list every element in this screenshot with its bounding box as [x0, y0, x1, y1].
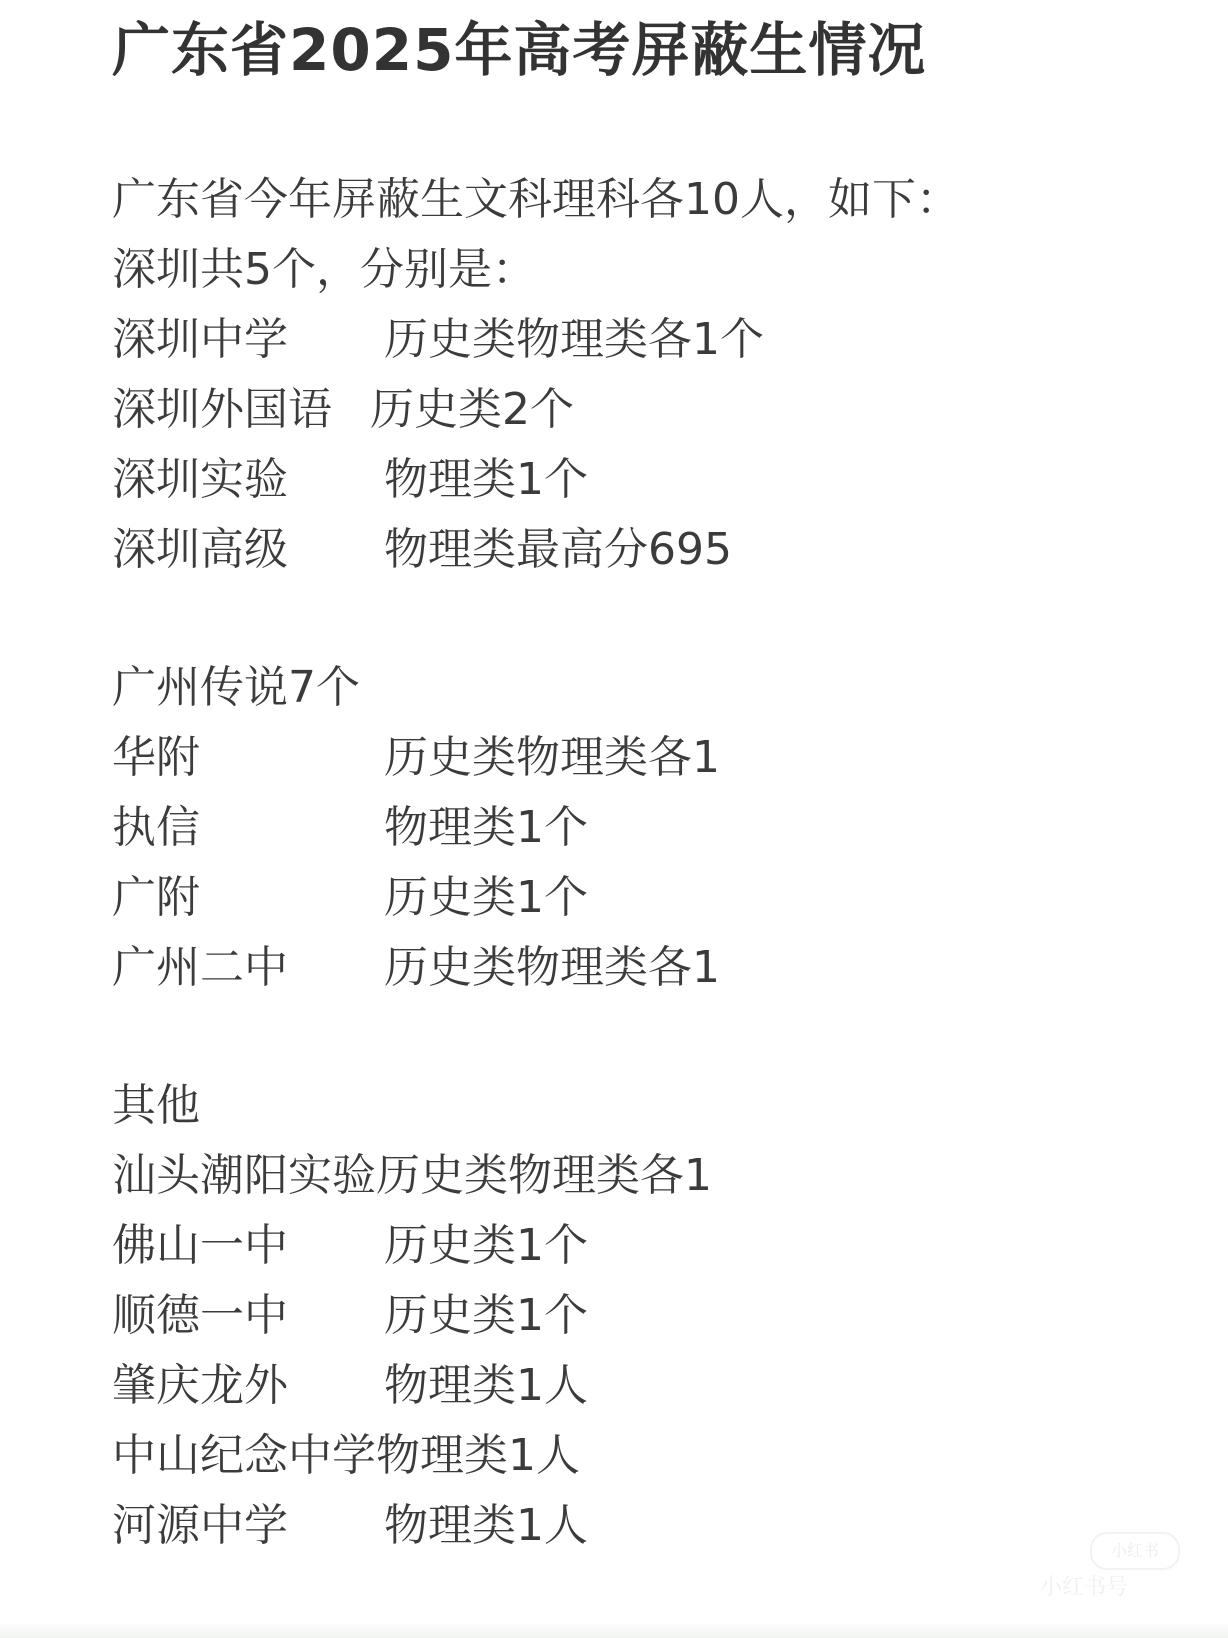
list-item: 顺德一中历史类1个: [112, 1288, 288, 1344]
list-item: 广州二中历史类物理类各1: [112, 940, 288, 996]
school-name: 顺德一中: [112, 1288, 288, 1344]
list-item: 中山纪念中学物理类1人: [112, 1428, 580, 1484]
school-name: 汕头潮阳实验历史类物理类各1: [112, 1148, 712, 1204]
watermark-logo: 小红书: [1090, 1532, 1180, 1570]
school-name: 佛山一中: [112, 1218, 288, 1274]
result-text: 历史类物理类各1个: [384, 312, 764, 368]
school-name: 深圳高级: [112, 522, 288, 578]
list-item: 华附历史类物理类各1: [112, 730, 200, 786]
list-item: 广附历史类1个: [112, 870, 200, 926]
school-name: 广州二中: [112, 940, 288, 996]
result-text: 物理类1人: [384, 1358, 588, 1414]
list-item: 肇庆龙外物理类1人: [112, 1358, 288, 1414]
watermark-text: 小红书号: [1040, 1570, 1128, 1601]
result-text: 历史类2个: [370, 382, 574, 438]
school-name: 肇庆龙外: [112, 1358, 288, 1414]
school-name: 深圳实验: [112, 452, 288, 508]
shenzhen-header: 深圳共5个，分别是：: [112, 242, 536, 298]
result-text: 物理类1个: [384, 800, 588, 856]
result-text: 物理类1个: [384, 452, 588, 508]
result-text: 物理类最高分695: [384, 522, 732, 578]
intro-text: 广东省今年屏蔽生文科理科各10人，如下：: [112, 172, 960, 228]
result-text: 物理类1人: [384, 1498, 588, 1554]
result-text: 历史类1个: [384, 1288, 588, 1344]
list-item: 深圳高级物理类最高分695: [112, 522, 288, 578]
school-name: 华附: [112, 730, 200, 786]
result-text: 历史类1个: [384, 1218, 588, 1274]
list-item: 佛山一中历史类1个: [112, 1218, 288, 1274]
page-title: 广东省2025年高考屏蔽生情况: [112, 14, 926, 86]
school-name: 执信: [112, 800, 200, 856]
bottom-shade: [0, 1622, 1228, 1638]
others-header: 其他: [112, 1078, 200, 1134]
list-item: 深圳外国语历史类2个: [112, 382, 332, 438]
school-name: 深圳中学: [112, 312, 288, 368]
result-text: 历史类物理类各1: [384, 730, 720, 786]
list-item: 执信物理类1个: [112, 800, 200, 856]
result-text: 历史类1个: [384, 870, 588, 926]
school-name: 中山纪念中学物理类1人: [112, 1428, 580, 1484]
list-item: 汕头潮阳实验历史类物理类各1: [112, 1148, 712, 1204]
school-name: 河源中学: [112, 1498, 288, 1554]
school-name: 深圳外国语: [112, 382, 332, 438]
list-item: 河源中学物理类1人: [112, 1498, 288, 1554]
school-name: 广附: [112, 870, 200, 926]
guangzhou-header: 广州传说7个: [112, 660, 360, 716]
result-text: 历史类物理类各1: [384, 940, 720, 996]
list-item: 深圳中学历史类物理类各1个: [112, 312, 288, 368]
list-item: 深圳实验物理类1个: [112, 452, 288, 508]
